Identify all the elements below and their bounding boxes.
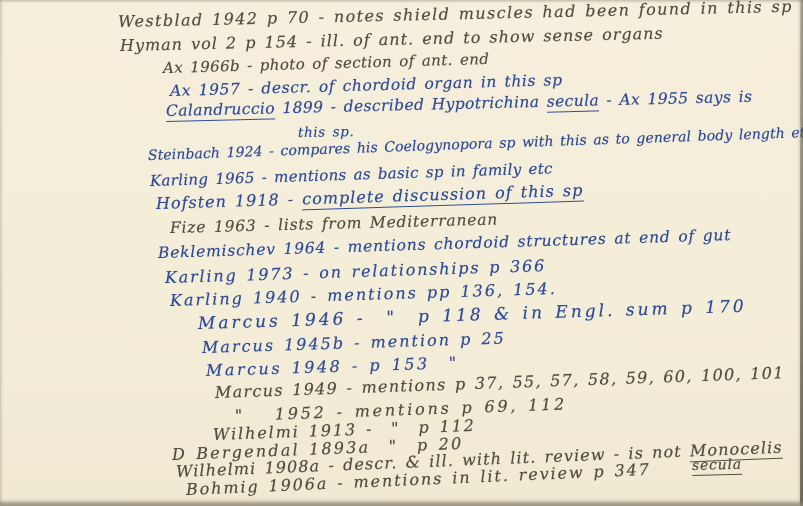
underlined-text: complete discussion of this sp <box>302 181 584 211</box>
handwritten-text: Fize 1963 - lists from Mediterranean <box>170 210 499 237</box>
handwritten-text: this sp. <box>298 124 355 141</box>
handwritten-line: secula <box>692 458 742 473</box>
underlined-text: secula <box>692 457 742 476</box>
index-card: Westblad 1942 p 70 - notes shield muscle… <box>0 0 803 506</box>
handwritten-line: Ax 1966b - photo of section of ant. end <box>163 52 490 76</box>
handwritten-text: Hofsten 1918 - <box>156 189 303 213</box>
handwritten-text: Steinbach 1924 - compares his Coelogynop… <box>148 125 803 164</box>
handwritten-text: Ax 1966b - photo of section of ant. end <box>163 50 490 77</box>
handwritten-text: Marcus 1945b - mention p 25 <box>202 328 506 357</box>
handwritten-text: Westblad 1942 p 70 - notes shield muscle… <box>118 0 793 31</box>
underlined-text: secula <box>547 91 600 112</box>
handwritten-line: Fize 1963 - lists from Mediterranean <box>170 212 498 236</box>
handwritten-text: - Ax 1955 says is <box>599 88 753 110</box>
underlined-text: Calandruccio <box>166 99 276 122</box>
handwritten-line: Hyman vol 2 p 154 - ill. of ant. end to … <box>120 26 664 54</box>
handwritten-line: Steinbach 1924 - compares his Coelogynop… <box>148 126 803 163</box>
card-bottom-edge <box>0 501 803 506</box>
handwritten-line: Marcus 1945b - mention p 25 <box>202 330 506 356</box>
handwritten-text: 1899 - described Hypotrichina <box>275 93 547 118</box>
handwritten-line: this sp. <box>298 126 355 140</box>
handwritten-line: Westblad 1942 p 70 - notes shield muscle… <box>118 0 793 30</box>
